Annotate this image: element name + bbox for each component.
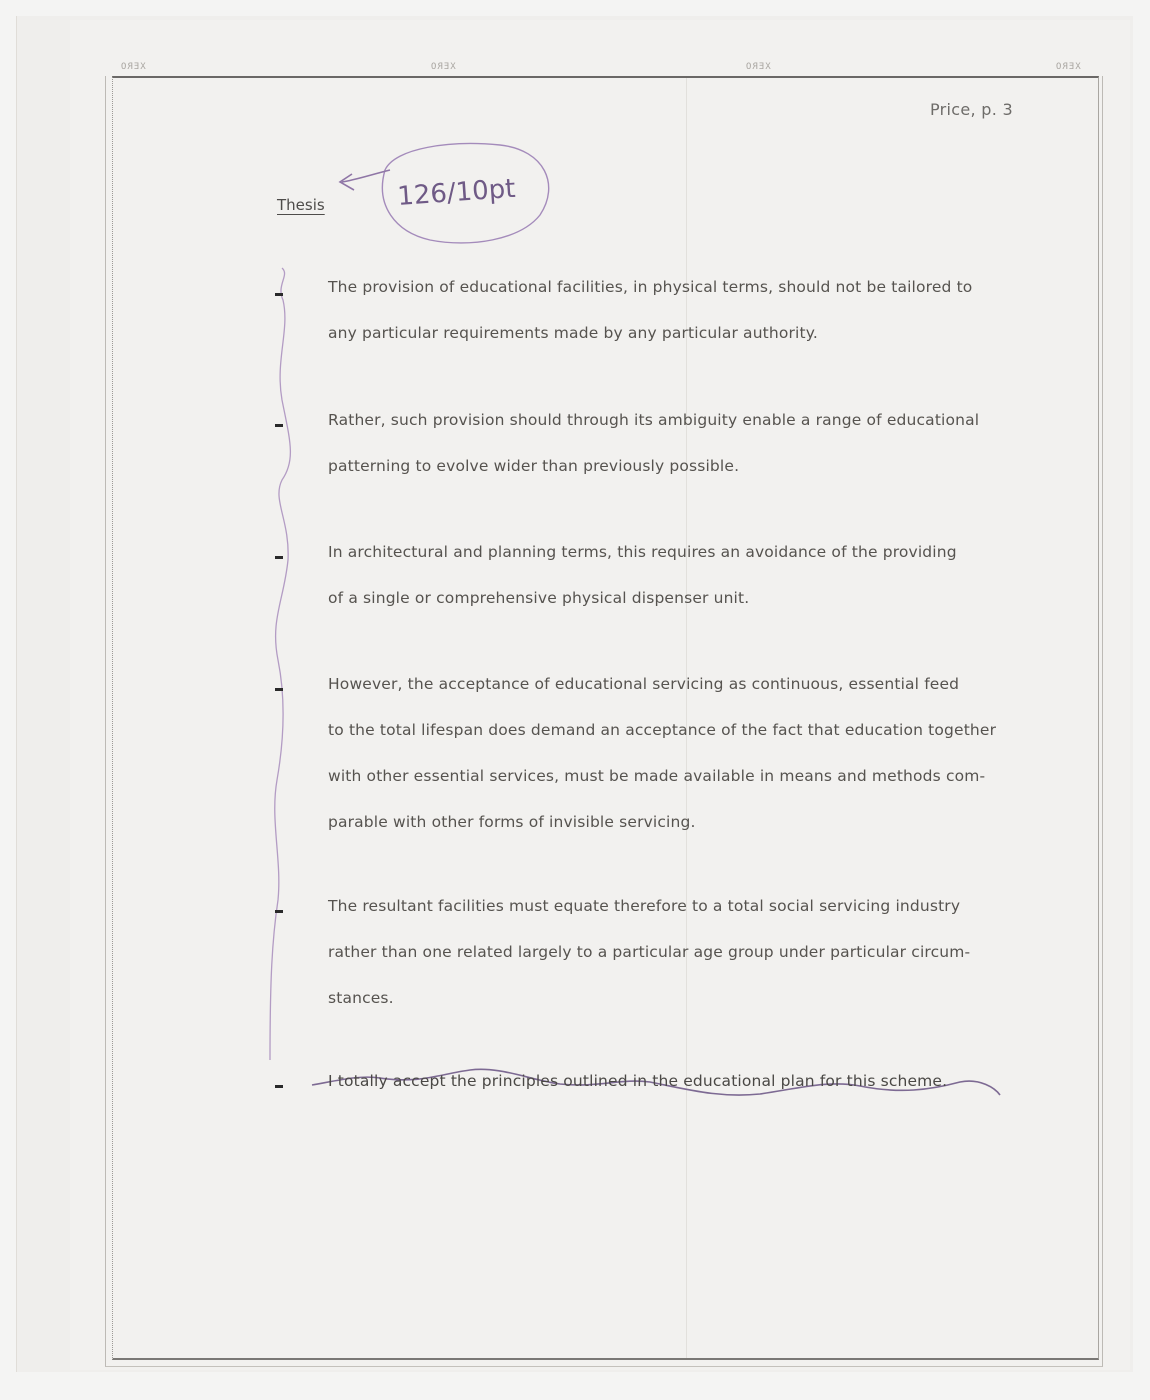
thesis-point: However, the acceptance of educational s… — [328, 674, 1048, 858]
text-line: with other essential services, must be m… — [328, 766, 1048, 812]
text-line: patterning to evolve wider than previous… — [328, 456, 1048, 502]
xerox-mark: XERO — [120, 62, 146, 72]
text-line: The provision of educational facilities,… — [328, 277, 1048, 323]
text-line: parable with other forms of invisible se… — [328, 812, 1048, 858]
text-line: stances. — [328, 988, 1048, 1034]
section-heading: Thesis — [277, 196, 325, 214]
text-line: rather than one related largely to a par… — [328, 942, 1048, 988]
xerox-mark: XERO — [1055, 62, 1081, 72]
thesis-point: Rather, such provision should through it… — [328, 410, 1048, 502]
text-line: However, the acceptance of educational s… — [328, 674, 1048, 720]
bullet-dash — [275, 1085, 283, 1088]
text-line: In architectural and planning terms, thi… — [328, 542, 1048, 588]
xerox-mark: XERO — [745, 62, 771, 72]
thesis-point-struck: I totally accept the principles outlined… — [328, 1071, 1048, 1117]
text-line: Rather, such provision should through it… — [328, 410, 1048, 456]
bullet-dash — [275, 293, 283, 296]
bullet-dash — [275, 424, 283, 427]
thesis-point: The resultant facilities must equate the… — [328, 896, 1048, 1034]
thesis-point: In architectural and planning terms, thi… — [328, 542, 1048, 634]
page-number: Price, p. 3 — [930, 100, 1013, 119]
text-line: of a single or comprehensive physical di… — [328, 588, 1048, 634]
text-line: The resultant facilities must equate the… — [328, 896, 1048, 942]
text-line: to the total lifespan does demand an acc… — [328, 720, 1048, 766]
thesis-point: The provision of educational facilities,… — [328, 277, 1048, 369]
text-line: I totally accept the principles outlined… — [328, 1071, 1048, 1117]
bullet-dash — [275, 556, 283, 559]
text-line: any particular requirements made by any … — [328, 323, 1048, 369]
bullet-dash — [275, 688, 283, 691]
xerox-mark: XERO — [430, 62, 456, 72]
bullet-dash — [275, 910, 283, 913]
